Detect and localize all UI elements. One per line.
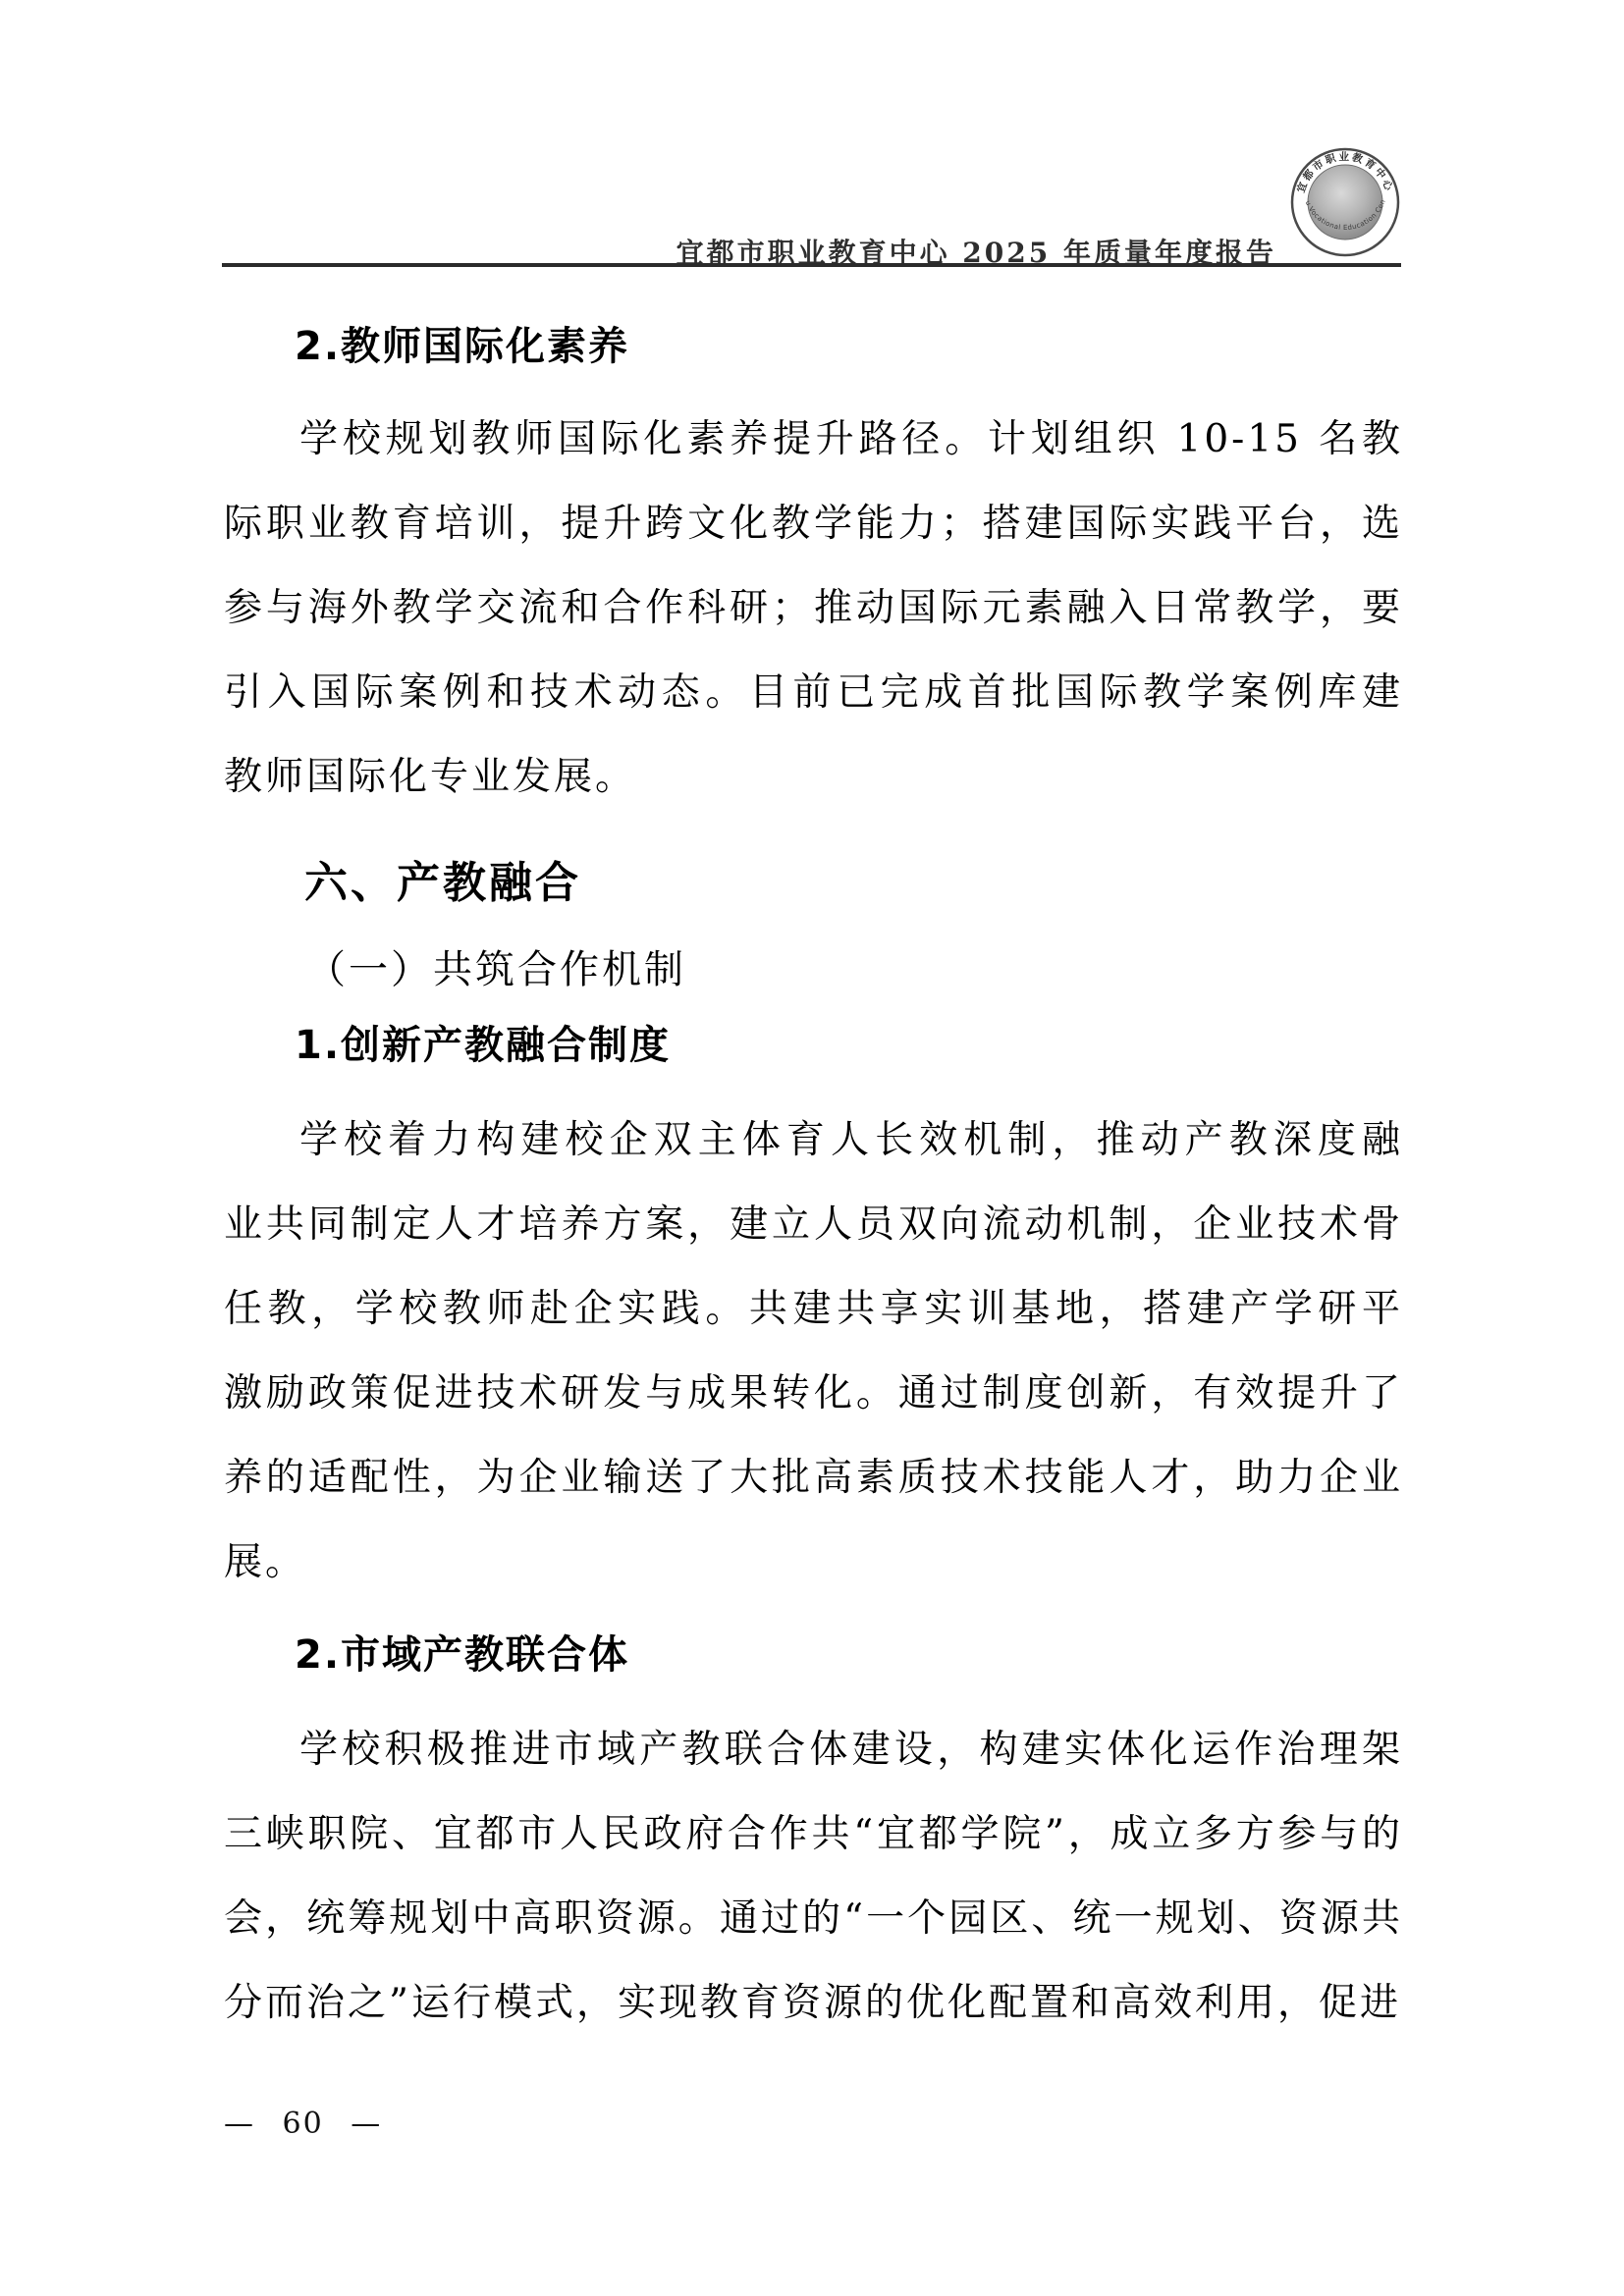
paragraph-line: 际职业教育培训，提升跨文化教学能力；搭建国际实践平台，选派教师	[224, 482, 1403, 566]
paragraph-line: 引入国际案例和技术动态。目前已完成首批国际教学案例库建设，促进	[224, 651, 1403, 735]
paragraph-line: 会，统筹规划中高职资源。通过的“一个园区、统一规划、资源共享、	[224, 1877, 1403, 1961]
heading-subsection-one: （一）共筑合作机制	[306, 950, 686, 989]
heading-teacher-international: 2.教师国际化素养	[295, 327, 629, 366]
paragraph-line: 分而治之”运行模式，实现教育资源的优化配置和高效利用，促进了区	[224, 1961, 1403, 2046]
heading-chapter-six: 六、产教融合	[304, 862, 581, 905]
paragraph-line: 学校规划教师国际化素养提升路径。计划组织 10-15 名教师参加国	[224, 398, 1403, 482]
paragraph-line: 学校积极推进市域产教联合体建设，构建实体化运作治理架构。与	[224, 1708, 1403, 1792]
paragraph-line: 激励政策促进技术研发与成果转化。通过制度创新，有效提升了人才培	[224, 1352, 1403, 1436]
paragraph-line: 业共同制定人才培养方案，建立人员双向流动机制，企业技术骨干到校	[224, 1183, 1403, 1267]
report-page: 宜都市职业教育中心 2025 年质量年度报告 宜都市职业教育中心 YiDu Vo…	[0, 0, 1624, 2296]
footer-page-number: — 60 —	[224, 2107, 382, 2141]
paragraph-teacher-international: 学校规划教师国际化素养提升路径。计划组织 10-15 名教师参加国际职业教育培训…	[224, 398, 1403, 820]
paragraph-line: 三峡职院、宜都市人民政府合作共“宜都学院”，成立多方参与的理事	[224, 1792, 1403, 1877]
heading-item2-consortium: 2.市域产教联合体	[295, 1635, 629, 1675]
paragraph-line: 参与海外教学交流和合作科研；推动国际元素融入日常教学，要求教师	[224, 566, 1403, 651]
header-divider	[222, 263, 1401, 267]
paragraph-item1-innovation: 学校着力构建校企双主体育人长效机制，推动产教深度融合。与企业共同制定人才培养方案…	[224, 1098, 1403, 1605]
paragraph-item2-consortium: 学校积极推进市域产教联合体建设，构建实体化运作治理架构。与三峡职院、宜都市人民政…	[224, 1708, 1403, 2046]
school-logo-icon: 宜都市职业教育中心 YiDu Vocational Education Cent…	[1290, 147, 1400, 257]
paragraph-line: 养的适配性，为企业输送了大批高素质技术技能人才，助力企业创新发	[224, 1436, 1403, 1521]
paragraph-line: 任教，学校教师赴企实践。共建共享实训基地，搭建产学研平台，制定	[224, 1267, 1403, 1352]
paragraph-line: 教师国际化专业发展。	[224, 735, 1403, 820]
paragraph-line: 展。	[224, 1521, 1403, 1605]
heading-item1-innovation: 1.创新产教融合制度	[295, 1026, 671, 1065]
paragraph-line: 学校着力构建校企双主体育人长效机制，推动产教深度融合。与企	[224, 1098, 1403, 1183]
